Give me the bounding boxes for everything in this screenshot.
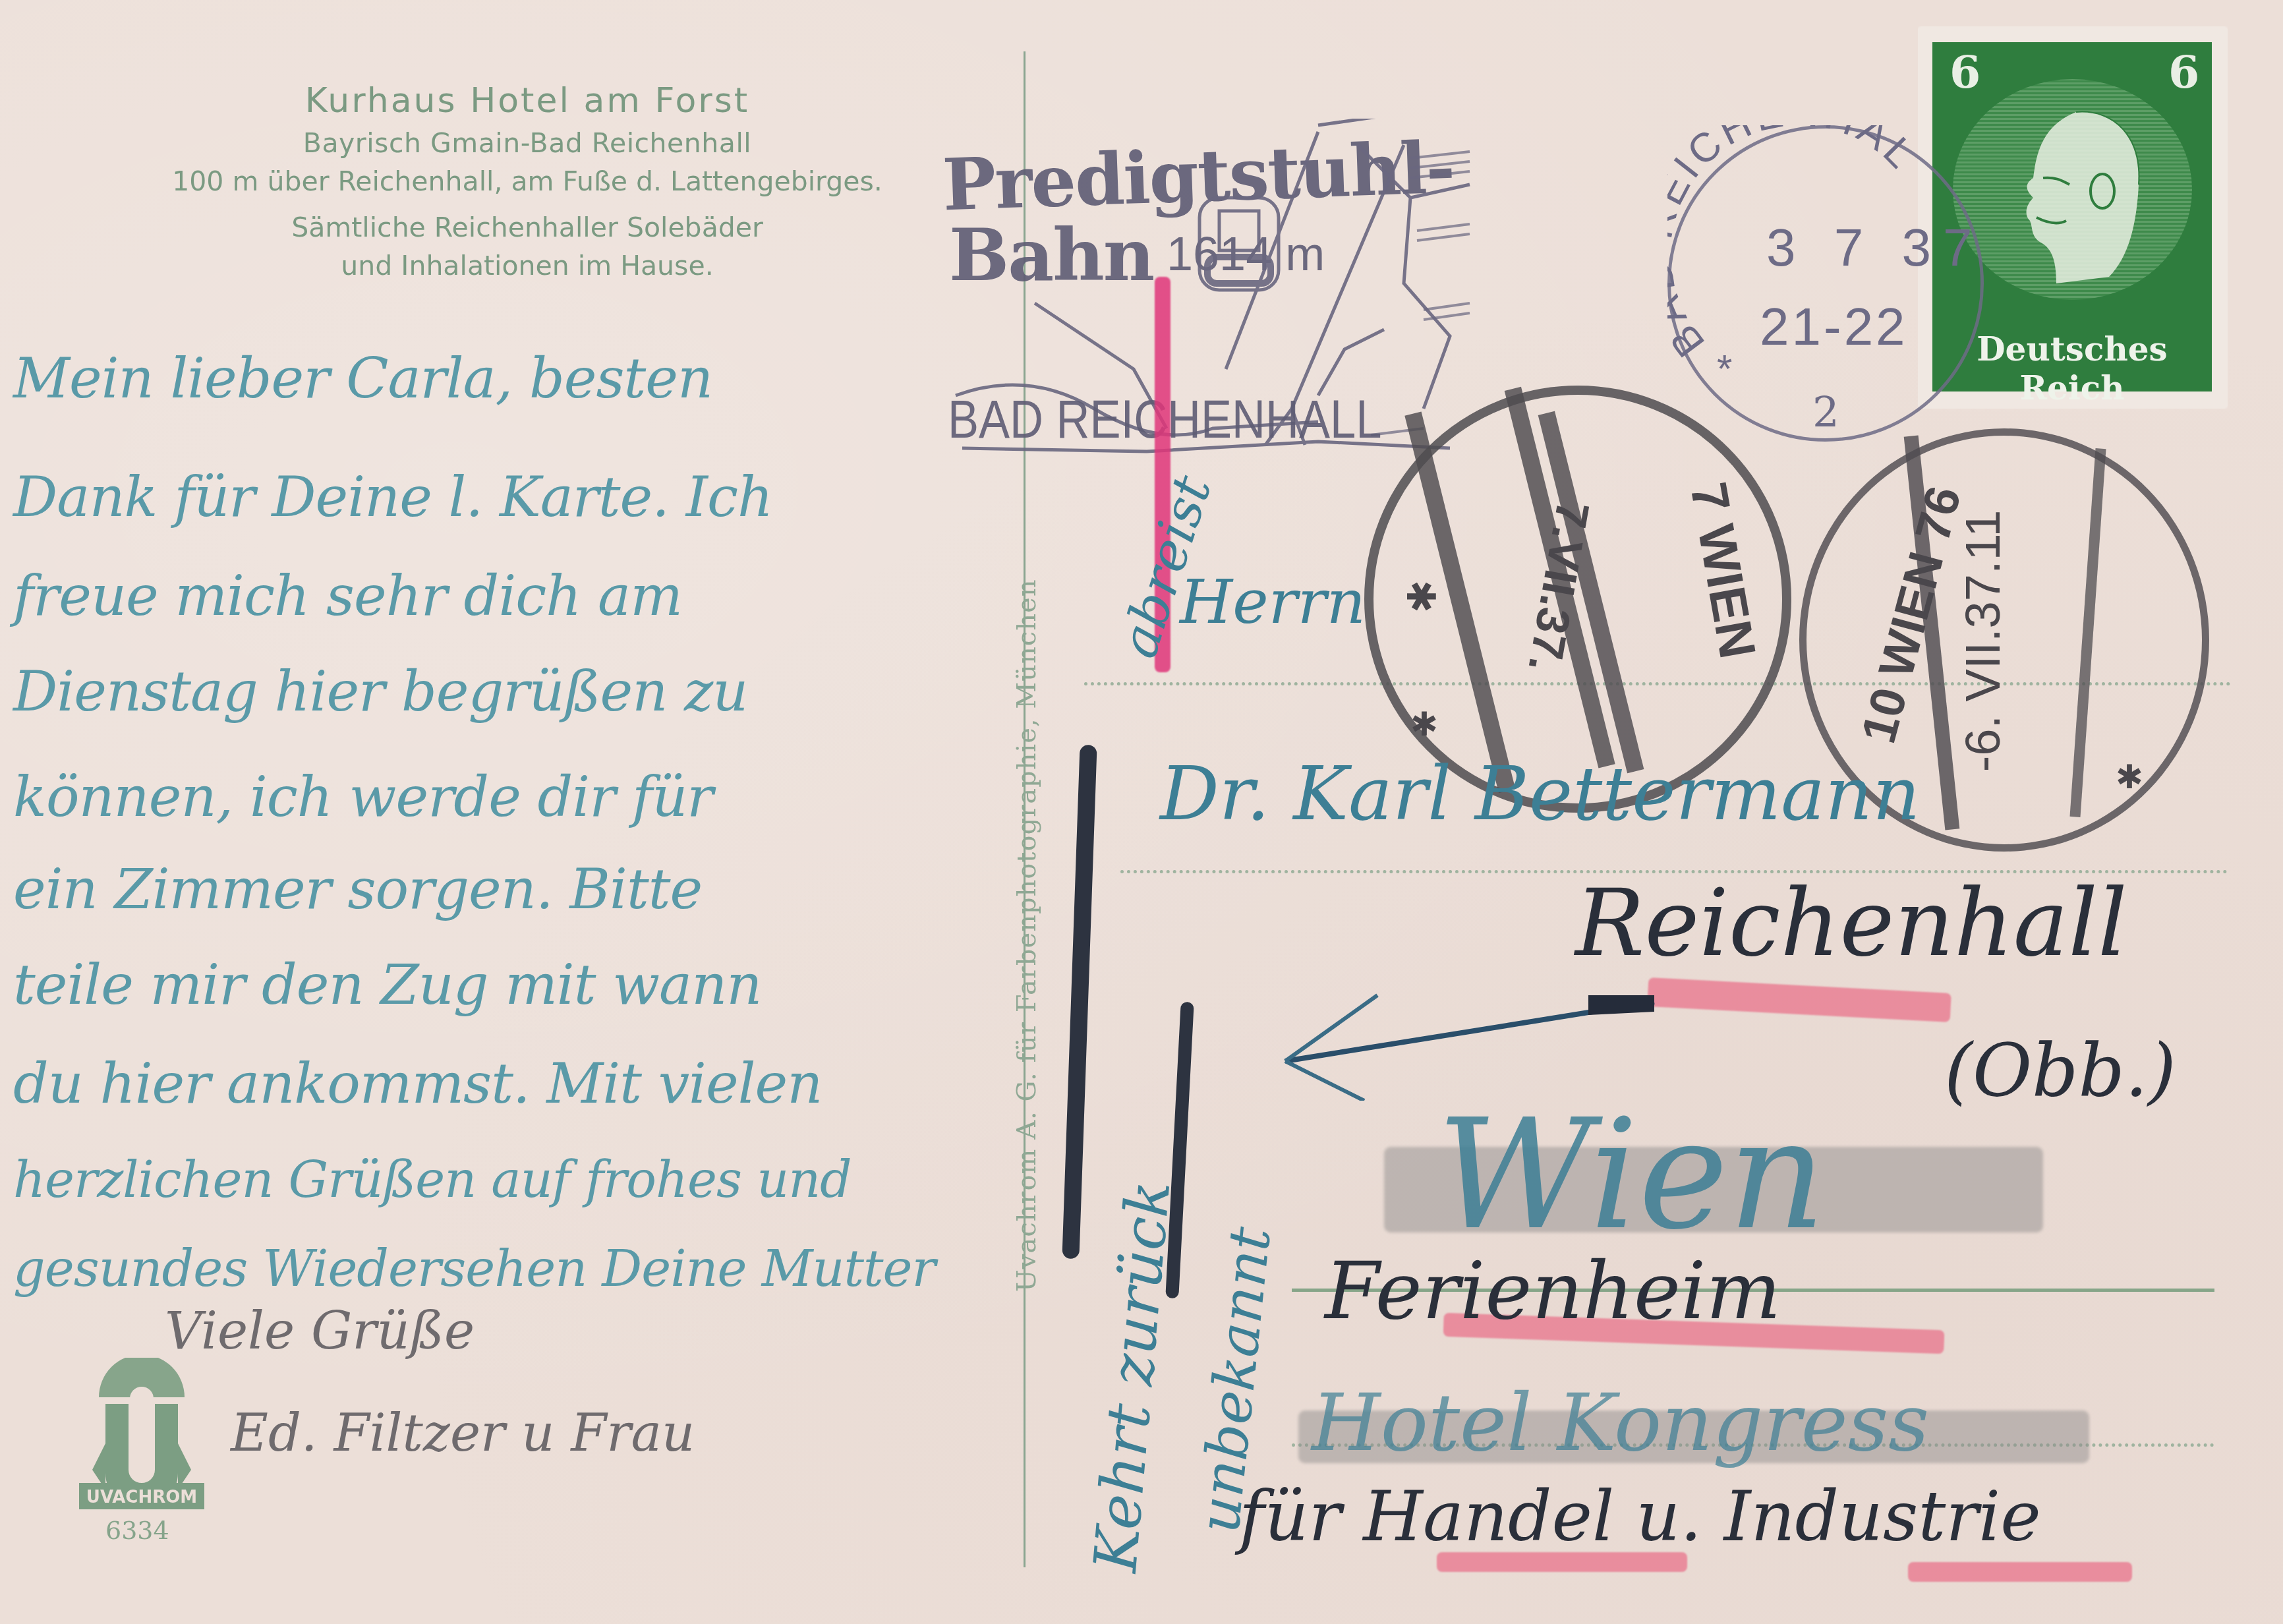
signature-greeting: Viele Grüße bbox=[165, 1302, 475, 1361]
address-city-old: Wien bbox=[1437, 1087, 1826, 1263]
printer-imprint: Uvachrom A. G. für Farbenphotographie, M… bbox=[1012, 579, 1042, 1292]
postmark-star-icon: * bbox=[1717, 346, 1732, 391]
message-line: freue mich sehr dich am bbox=[13, 564, 682, 628]
strike-stroke-left bbox=[1062, 745, 1097, 1259]
address-city-new: Reichenhall bbox=[1575, 870, 2127, 977]
hindenburg-portrait-icon bbox=[1997, 92, 2155, 290]
message-line: teile mir den Zug mit wann bbox=[13, 952, 761, 1017]
message-line: Dank für Deine l. Karte. Ich bbox=[13, 465, 772, 529]
message-line: du hier ankommst. Mit vielen bbox=[13, 1051, 822, 1116]
card-number: 6334 bbox=[105, 1516, 169, 1545]
address-name: Dr. Karl Bettermann bbox=[1160, 751, 1920, 837]
strike-stroke-right bbox=[1165, 1002, 1194, 1298]
postmark-time: 21-22 bbox=[1760, 297, 1908, 357]
address-line-old-1: Ferienheim bbox=[1325, 1246, 1781, 1337]
pink-underline-industrie bbox=[1908, 1562, 2132, 1582]
message-line: ein Zimmer sorgen. Bitte bbox=[13, 857, 702, 921]
message-line: können, ich werde dir für bbox=[13, 765, 712, 829]
stamp-value-right: 6 bbox=[2168, 46, 2199, 99]
hotel-elevation: 100 m über Reichenhall, am Fuße d. Latte… bbox=[99, 162, 956, 200]
address-salutation: Herrn bbox=[1180, 567, 1366, 637]
postmark-star-icon: ✱ bbox=[1410, 705, 1438, 743]
hotel-location: Bayrisch Gmain-Bad Reichenhall bbox=[99, 124, 956, 162]
message-line: Dienstag hier begrüßen zu bbox=[13, 659, 747, 724]
address-line-3: für Handel u. Industrie bbox=[1239, 1476, 2041, 1557]
printed-hotel-header: Kurhaus Hotel am Forst Bayrisch Gmain-Ba… bbox=[99, 78, 956, 285]
stamp-value-left: 6 bbox=[1950, 46, 1980, 99]
hotel-amenities-1: Sämtliche Reichenhaller Solebäder bbox=[99, 208, 956, 246]
postmark-date: 3 7 37 bbox=[1766, 217, 1984, 278]
address-line-old-2: Hotel Kongress bbox=[1312, 1377, 1929, 1469]
postmark-date: -6. VII.37.11 bbox=[1955, 510, 2011, 772]
postmark-office: 2 bbox=[1812, 389, 1839, 438]
postcard-back: Kurhaus Hotel am Forst Bayrisch Gmain-Ba… bbox=[0, 0, 2283, 1624]
logo-text: UVACHROM bbox=[86, 1488, 197, 1507]
uvachrom-logo-icon: UVACHROM bbox=[72, 1358, 211, 1509]
message-line: herzlichen Grüßen auf frohes und bbox=[13, 1150, 852, 1209]
message-line: gesundes Wiedersehen Deine Mutter bbox=[13, 1239, 935, 1298]
hotel-amenities-2: und Inhalationen im Hause. bbox=[99, 246, 956, 285]
hotel-name: Kurhaus Hotel am Forst bbox=[99, 78, 956, 124]
postmark-star-icon: ✱ bbox=[2116, 758, 2143, 796]
signature-names: Ed. Filtzer u Frau bbox=[231, 1404, 695, 1463]
message-line: Mein lieber Carla, besten bbox=[13, 346, 712, 411]
address-region-new: (Obb.) bbox=[1944, 1028, 2176, 1113]
redirect-arrow-icon bbox=[1272, 969, 1747, 1101]
postmark-star-icon: ✱ bbox=[1397, 580, 1443, 613]
